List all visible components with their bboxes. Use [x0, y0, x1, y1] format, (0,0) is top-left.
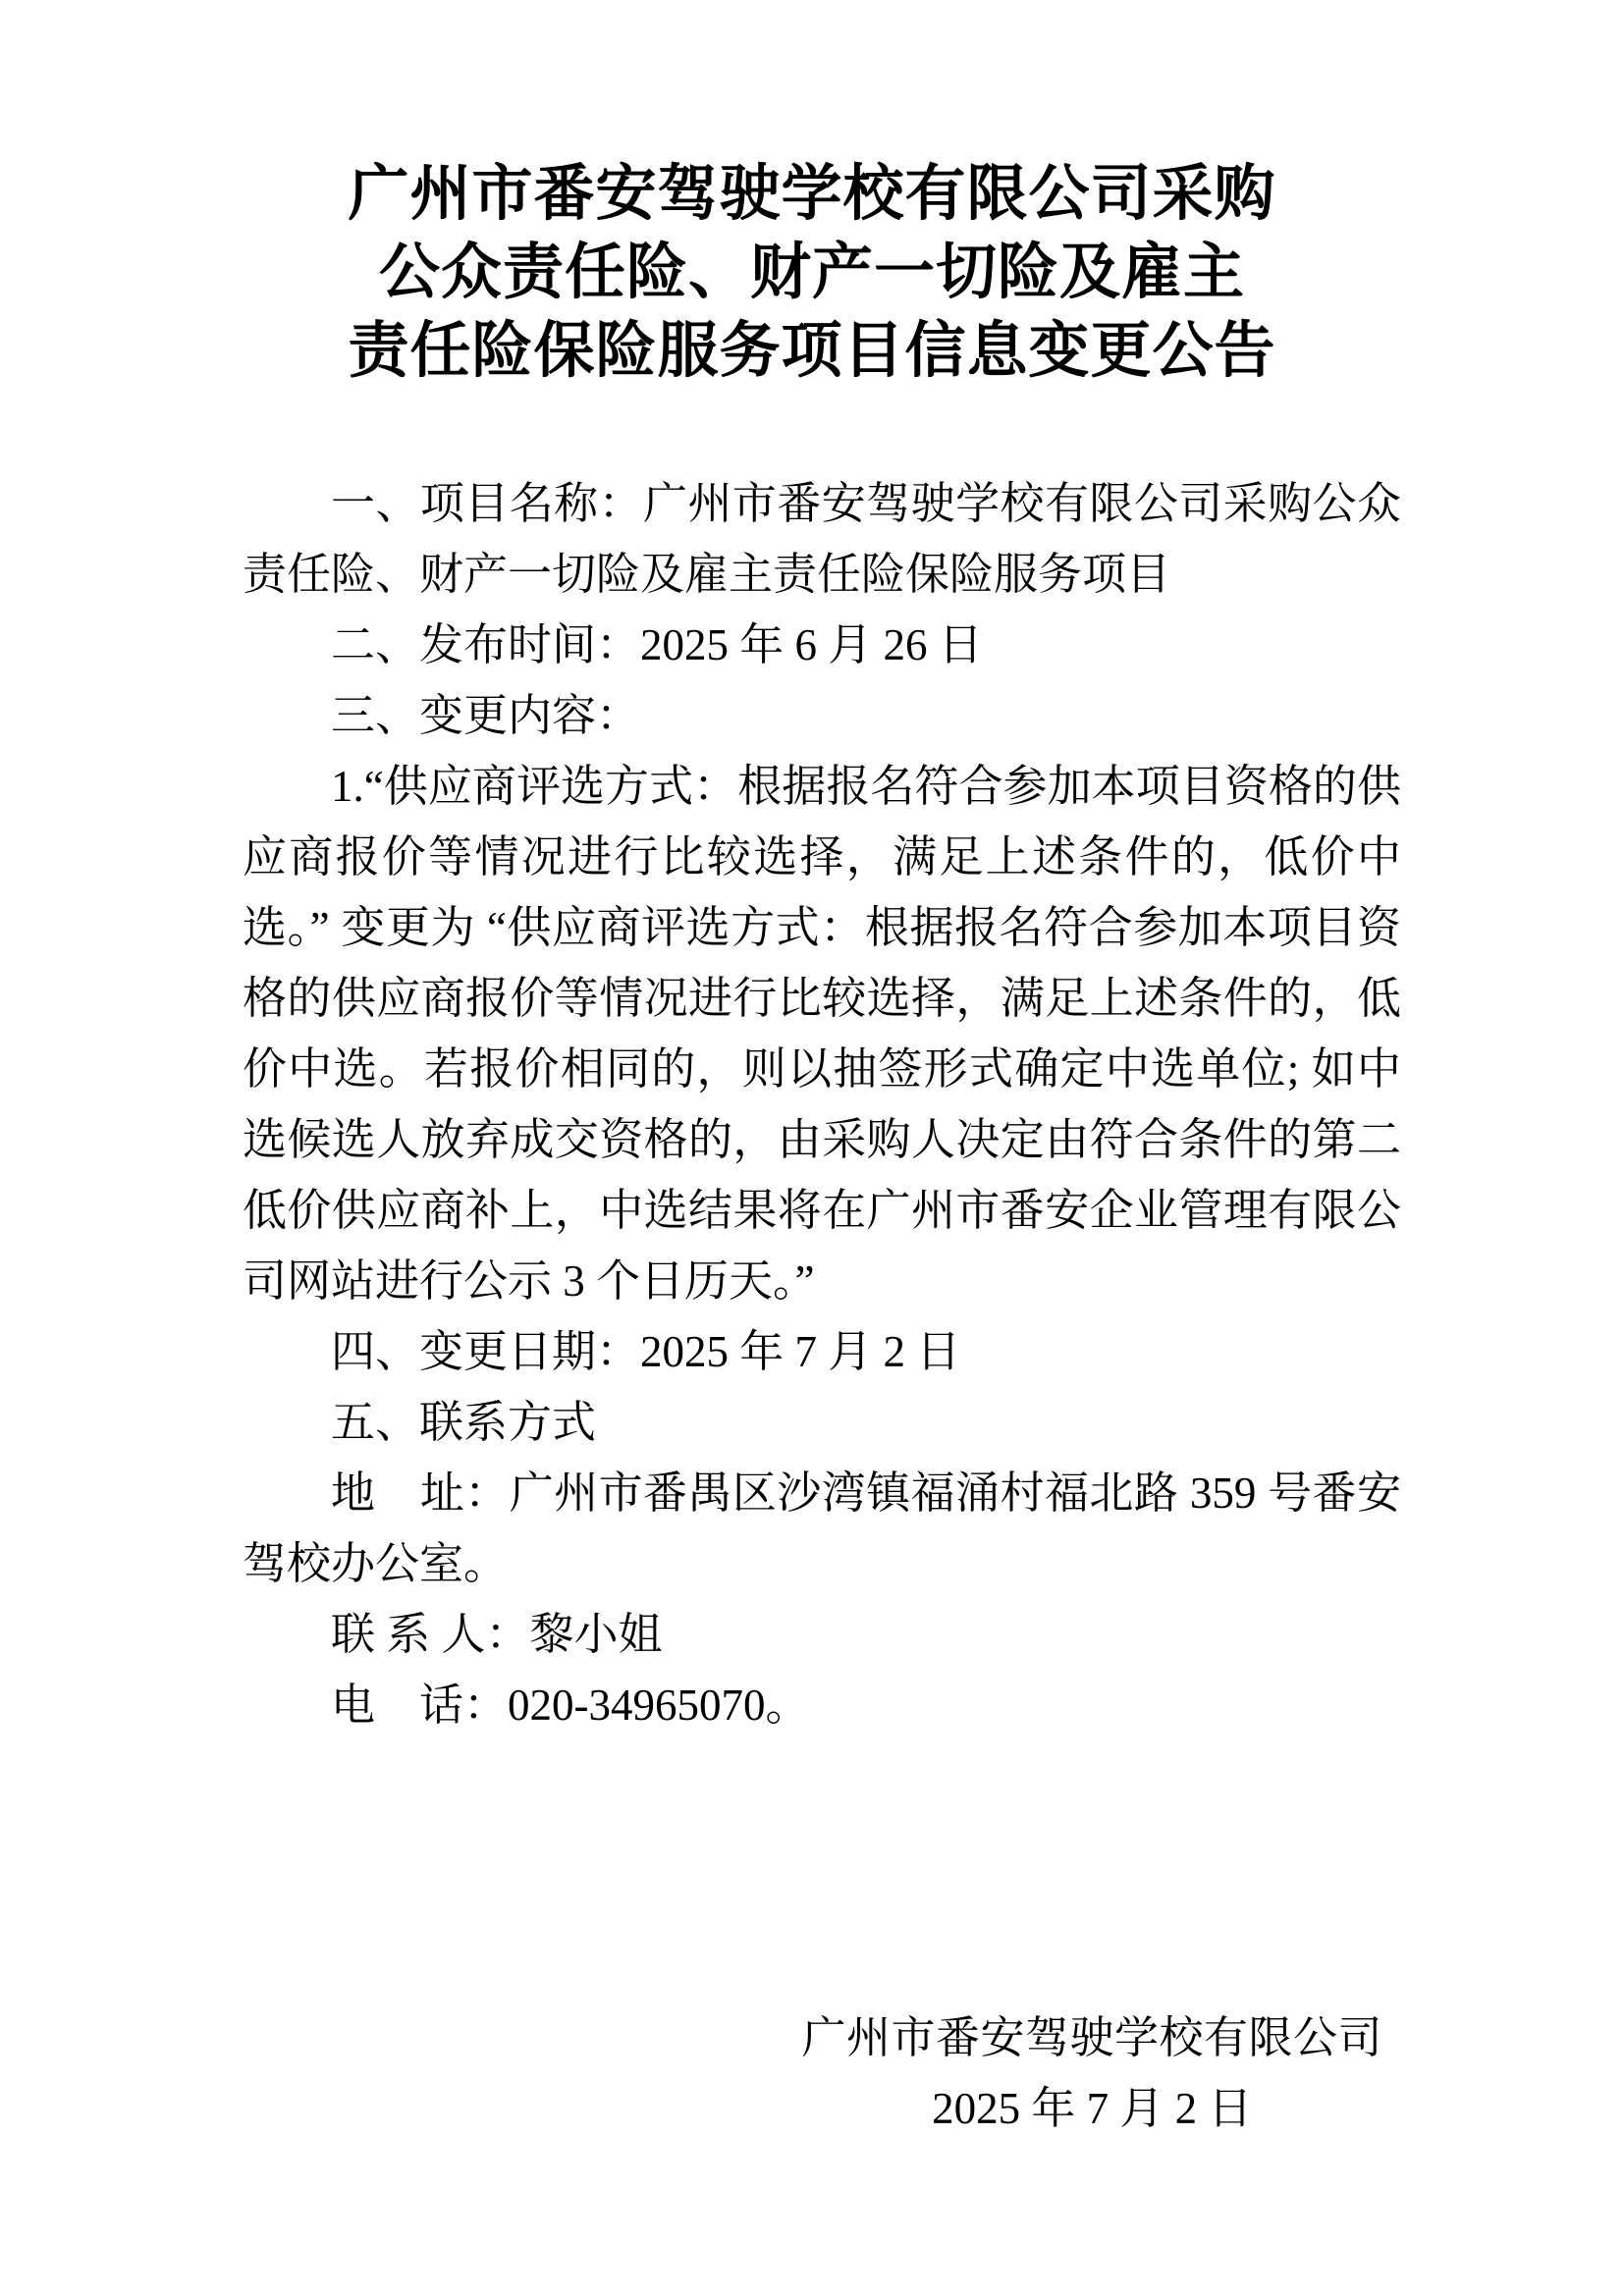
paragraph-publish-date: 二、发布时间：2025 年 6 月 26 日: [243, 610, 1401, 680]
paragraph-change-date: 四、变更日期：2025 年 7 月 2 日: [243, 1316, 1401, 1387]
title-line-1: 广州市番安驾驶学校有限公司采购: [0, 155, 1624, 234]
paragraph-change-content-heading: 三、变更内容：: [243, 680, 1401, 751]
document-body: 一、项目名称：广州市番安驾驶学校有限公司采购公众责任险、财产一切险及雇主责任险保…: [243, 468, 1401, 1740]
document-title: 广州市番安驾驶学校有限公司采购 公众责任险、财产一切险及雇主 责任险保险服务项目…: [0, 155, 1624, 391]
signature-date: 2025 年 7 月 2 日: [801, 2073, 1382, 2144]
paragraph-address: 地 址：广州市番禺区沙湾镇福涌村福北路 359 号番安驾校办公室。: [243, 1458, 1401, 1599]
paragraph-change-content-detail: 1.“供应商评选方式：根据报名符合参加本项目资格的供应商报价等情况进行比较选择，…: [243, 751, 1401, 1316]
title-line-2: 公众责任险、财产一切险及雇主: [0, 234, 1624, 312]
paragraph-contact-heading: 五、联系方式: [243, 1387, 1401, 1458]
paragraph-project-name: 一、项目名称：广州市番安驾驶学校有限公司采购公众责任险、财产一切险及雇主责任险保…: [243, 468, 1401, 610]
signature-block: 广州市番安驾驶学校有限公司 2025 年 7 月 2 日: [0, 2002, 1382, 2144]
signature-inner: 广州市番安驾驶学校有限公司 2025 年 7 月 2 日: [801, 2002, 1382, 2144]
title-line-3: 责任险保险服务项目信息变更公告: [0, 312, 1624, 391]
paragraph-contact-person: 联 系 人：黎小姐: [243, 1599, 1401, 1670]
paragraph-phone: 电 话：020-34965070。: [243, 1670, 1401, 1740]
signature-company: 广州市番安驾驶学校有限公司: [801, 2002, 1382, 2073]
document-page: 广州市番安驾驶学校有限公司采购 公众责任险、财产一切险及雇主 责任险保险服务项目…: [0, 0, 1624, 2296]
